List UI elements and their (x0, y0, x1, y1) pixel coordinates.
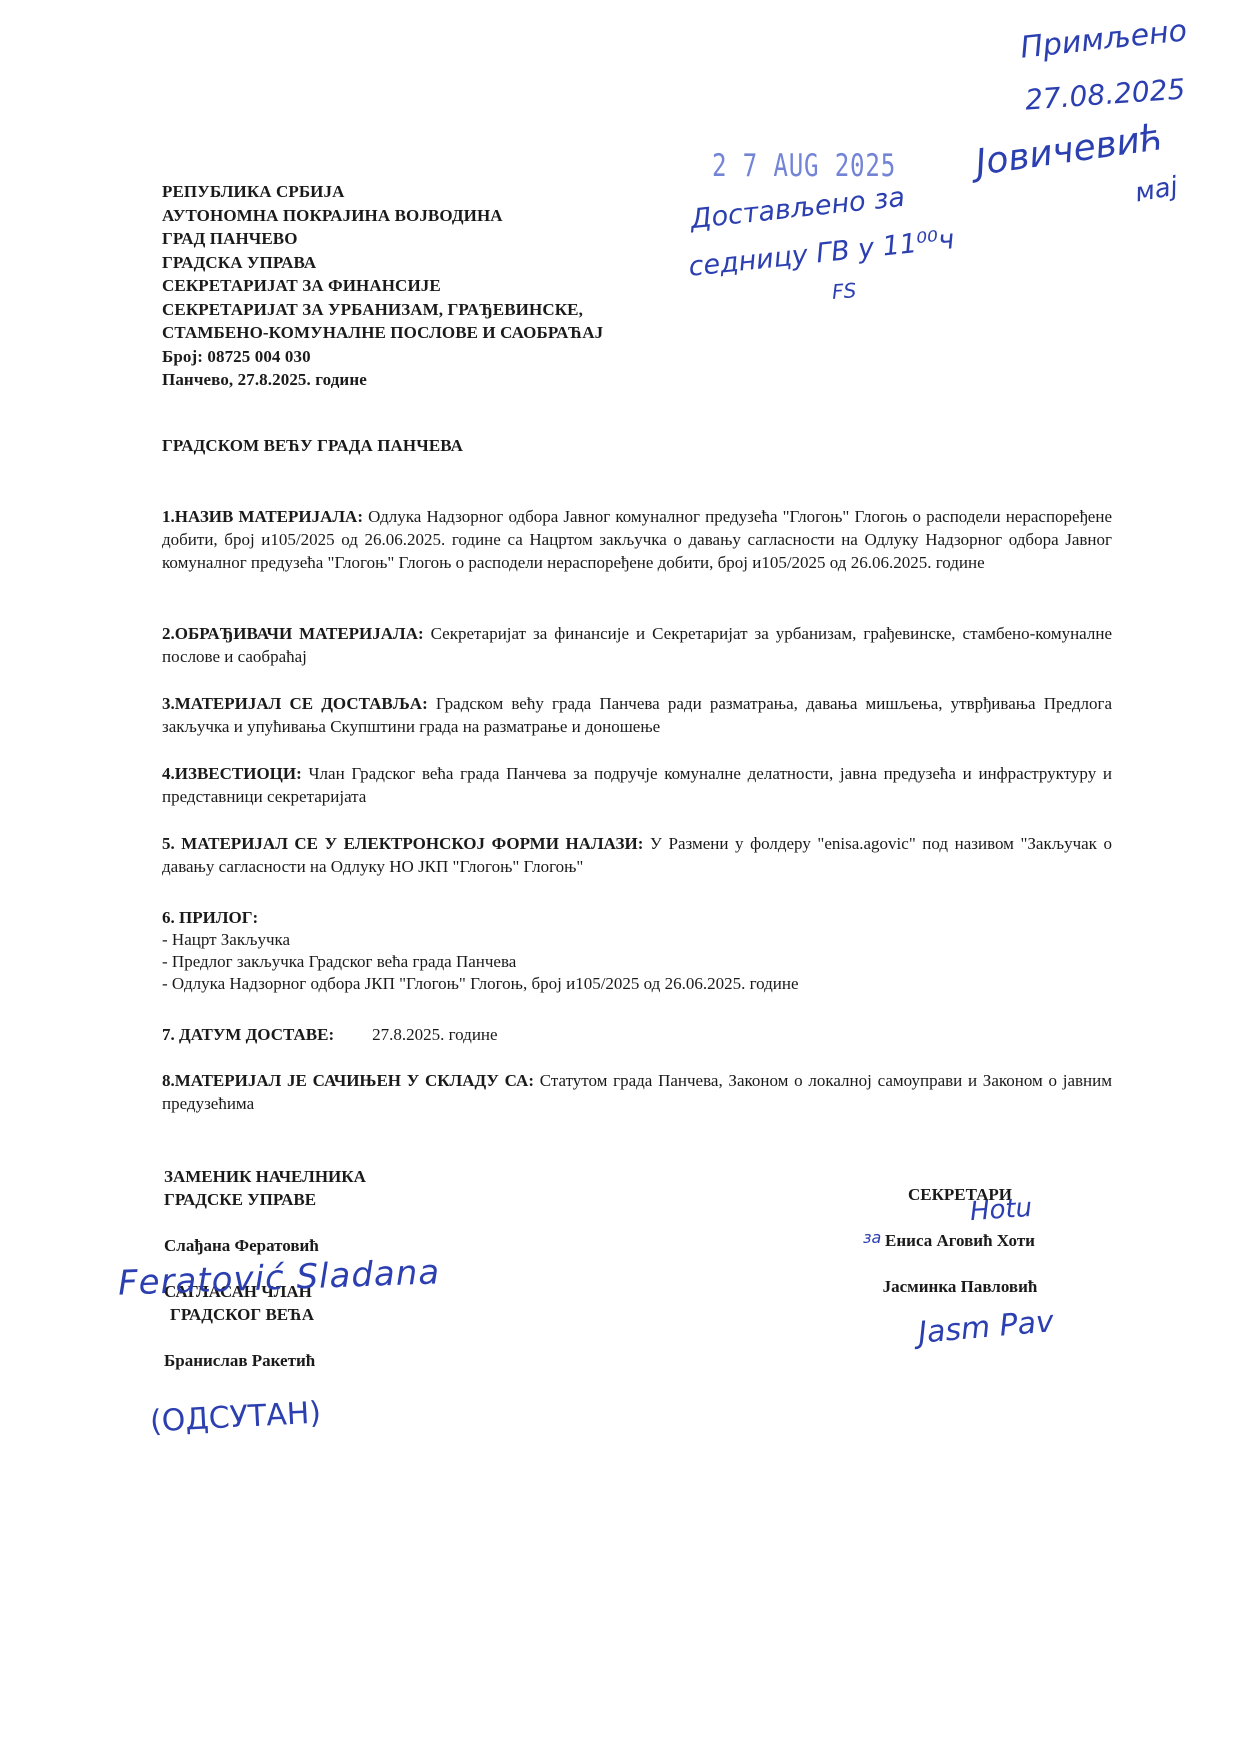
section-label: 2.ОБРАЂИВАЧИ МАТЕРИЈАЛА: (162, 624, 424, 643)
section-text: Члан Градског већа града Панчева за подр… (162, 764, 1112, 806)
section-label: 5. МАТЕРИЈАЛ СЕ У ЕЛЕКТРОНСКОЈ ФОРМИ НАЛ… (162, 834, 643, 853)
section-electronic-location: 5. МАТЕРИЈАЛ СЕ У ЕЛЕКТРОНСКОЈ ФОРМИ НАЛ… (162, 832, 1112, 878)
addressee: ГРАДСКОМ ВЕЋУ ГРАДА ПАНЧЕВА (162, 436, 463, 456)
attachment-item: - Предлог закључка Градског већа града П… (162, 951, 1112, 973)
on-behalf-mark: за (863, 1228, 881, 1247)
handwritten-delivery-note: Достављено за (689, 182, 906, 235)
section-label: 6. ПРИЛОГ: (162, 906, 1112, 929)
section-label: 4.ИЗВЕСТИОЦИ: (162, 764, 302, 783)
signature-pavlovic: Jasm Pav (917, 1304, 1055, 1351)
absent-note: (ОДСУТАН) (149, 1396, 322, 1440)
section-label: 1.НАЗИВ МАТЕРИЈАЛА: (162, 507, 363, 526)
letterhead-line: СЕКРЕТАРИЈАТ ЗА ФИНАНСИЈЕ (162, 274, 603, 298)
section-legal-basis: 8.МАТЕРИЈАЛ ЈЕ САЧИЊЕН У СКЛАДУ СА: Стат… (162, 1069, 1112, 1115)
section-delivery-date: 7. ДАТУМ ДОСТАВЕ:27.8.2025. године (162, 1023, 1112, 1046)
section-reporters: 4.ИЗВЕСТИОЦИ: Члан Градског већа града П… (162, 762, 1112, 808)
signatory-name: Слађана Фератовић (164, 1234, 366, 1257)
section-label: 8.МАТЕРИЈАЛ ЈЕ САЧИЊЕН У СКЛАДУ СА: (162, 1071, 534, 1090)
attachment-item: - Одлука Надзорног одбора ЈКП "Глогоњ" Г… (162, 973, 1112, 995)
letterhead: РЕПУБЛИКА СРБИЈА АУТОНОМНА ПОКРАЈИНА ВОЈ… (162, 180, 603, 392)
attachment-list: - Нацрт Закључка - Предлог закључка Град… (162, 929, 1112, 995)
letterhead-line: РЕПУБЛИКА СРБИЈА (162, 180, 603, 204)
signatory-name: Бранислав Ракетић (164, 1349, 366, 1372)
signatory-name: Ениса Аговић Хоти (860, 1229, 1060, 1252)
letterhead-line: СЕКРЕТАРИЈАТ ЗА УРБАНИЗАМ, ГРАЂЕВИНСКЕ, (162, 298, 603, 322)
received-date-stamp: 2 7 AUG 2025 (712, 148, 896, 184)
handwritten-delivery-note: седницу ГВ у 11⁰⁰ч (687, 224, 956, 283)
handwritten-received-date: 27.08.2025 (1024, 72, 1186, 116)
section-delivered-to: 3.МАТЕРИЈАЛ СЕ ДОСТАВЉА: Градском већу г… (162, 692, 1112, 738)
document-page: РЕПУБЛИКА СРБИЈА АУТОНОМНА ПОКРАЈИНА ВОЈ… (0, 0, 1240, 1753)
section-attachments: 6. ПРИЛОГ: - Нацрт Закључка - Предлог за… (162, 906, 1112, 995)
signatory-title: ГРАДСКЕ УПРАВЕ (164, 1188, 366, 1211)
signature-agovic: Hotu (969, 1193, 1033, 1227)
document-number: Број: 08725 004 030 (162, 345, 603, 369)
letterhead-line: СТАМБЕНО-КОМУНАЛНЕ ПОСЛОВЕ И САОБРАЋАЈ (162, 321, 603, 345)
section-label: 3.МАТЕРИЈАЛ СЕ ДОСТАВЉА: (162, 694, 428, 713)
letterhead-line: ГРАДСКА УПРАВА (162, 251, 603, 275)
handwritten-received-suffix: мај (1133, 172, 1180, 209)
handwritten-initials: FS (831, 278, 857, 304)
delivery-date-value: 27.8.2025. године (372, 1025, 497, 1044)
handwritten-received-signature: Јовичевић (973, 117, 1166, 184)
letterhead-line: ГРАД ПАНЧЕВО (162, 227, 603, 251)
signatory-title: ГРАДСКОГ ВЕЋА (164, 1303, 366, 1326)
section-label: 7. ДАТУМ ДОСТАВЕ: (162, 1025, 334, 1044)
handwritten-received-label: Примљено (1019, 13, 1189, 65)
attachment-item: - Нацрт Закључка (162, 929, 1112, 951)
signatory-title: ЗАМЕНИК НАЧЕЛНИКА (164, 1165, 366, 1188)
section-material-title: 1.НАЗИВ МАТЕРИЈАЛА: Одлука Надзорног одб… (162, 505, 1112, 574)
signatory-name: Јасминка Павловић (860, 1275, 1060, 1298)
place-and-date: Панчево, 27.8.2025. године (162, 368, 603, 392)
section-prepared-by: 2.ОБРАЂИВАЧИ МАТЕРИЈАЛА: Секретаријат за… (162, 622, 1112, 668)
letterhead-line: АУТОНОМНА ПОКРАЈИНА ВОЈВОДИНА (162, 204, 603, 228)
